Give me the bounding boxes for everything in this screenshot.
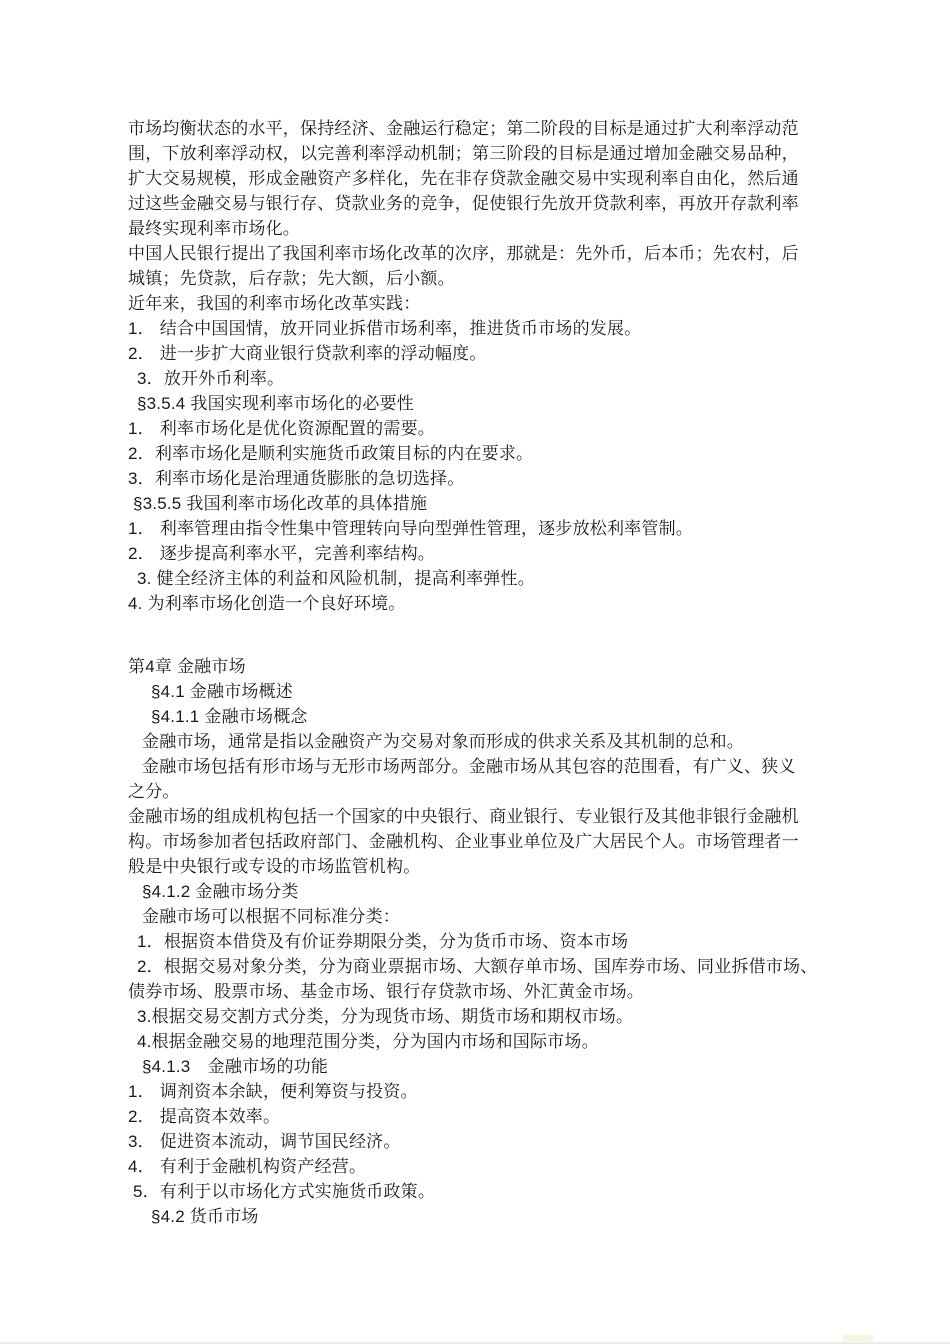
watermark-artifact: [843, 1335, 873, 1341]
paragraph-line: 中国人民银行提出了我国利率市场化改革的次序，那就是：先外币，后本币；先农村，后: [128, 241, 832, 266]
list-item-line: 2． 逐步提高利率水平，完善利率结构。: [128, 541, 832, 566]
blank-line-spacer: [128, 616, 832, 654]
paragraph-line: 金融市场的组成机构包括一个国家的中央银行、商业银行、专业银行及其他非银行金融机: [128, 804, 832, 829]
section-heading-line: §3.5.4 我国实现利率市场化的必要性: [137, 391, 832, 416]
paragraph-line: 围，下放利率浮动权，以完善利率浮动机制；第三阶段的目标是通过增加金融交易品种，: [128, 141, 832, 166]
list-item-line: 1．根据资本借贷及有价证券期限分类，分为货币市场、资本市场: [137, 929, 832, 954]
paragraph-line: 近年来，我国的利率市场化改革实践：: [128, 291, 832, 316]
paragraph-line: 金融市场，通常是指以金融资产为交易对象而形成的供求关系及其机制的总和。: [142, 729, 832, 754]
list-item-line: 5．有利于以市场化方式实施货币政策。: [133, 1179, 832, 1204]
list-item-line: 2． 进一步扩大商业银行贷款利率的浮动幅度。: [128, 341, 832, 366]
list-item-line: 2．利率市场化是顺利实施货币政策目标的内在要求。: [128, 441, 832, 466]
list-item-line: 2． 提高资本效率。: [128, 1104, 832, 1129]
document-page: 市场均衡状态的水平，保持经济、金融运行稳定；第二阶段的目标是通过扩大利率浮动范围…: [0, 0, 950, 1344]
list-item-line: 1． 结合中国国情，放开同业拆借市场利率，推进货币市场的发展。: [128, 316, 832, 341]
list-item-line: 3.根据交易交割方式分类，分为现货市场、期货市场和期权市场。: [137, 1004, 832, 1029]
list-item-line: 3． 促进资本流动，调节国民经济。: [128, 1129, 832, 1154]
list-item-line: 3. 健全经济主体的利益和风险机制，提高利率弹性。: [137, 566, 832, 591]
page: { "page": { "colors": { "background": "#…: [0, 0, 950, 1344]
section-heading-line: §4.1.1 金融市场概念: [151, 704, 832, 729]
list-item-line: 4. 为利率市场化创造一个良好环境。: [128, 591, 832, 616]
list-item-line: 3．利率市场化是治理通货膨胀的急切选择。: [128, 466, 832, 491]
paragraph-line: 般是中央银行或专设的市场监管机构。: [128, 854, 832, 879]
list-item-line: 1． 调剂资本余缺，便利筹资与投资。: [128, 1079, 832, 1104]
list-item-line: 1． 利率管理由指令性集中管理转向导向型弹性管理，逐步放松利率管制。: [128, 516, 832, 541]
list-item-line: 4.根据金融交易的地理范围分类，分为国内市场和国际市场。: [137, 1029, 832, 1054]
paragraph-line: 城镇；先贷款，后存款；先大额，后小额。: [128, 266, 832, 291]
list-item-line: 1． 利率市场化是优化资源配置的需要。: [128, 416, 832, 441]
paragraph-line: 之分。: [128, 779, 832, 804]
section-heading-line: §4.1.3 金融市场的功能: [142, 1054, 832, 1079]
section-heading-line: §3.5.5 我国利率市场化改革的具体措施: [133, 491, 832, 516]
paragraph-line: 构。市场参加者包括政府部门、金融机构、企业事业单位及广大居民个人。市场管理者一: [128, 829, 832, 854]
paragraph-line: 债券市场、股票市场、基金市场、银行存贷款市场、外汇黄金市场。: [128, 979, 832, 1004]
paragraph-line: 过这些金融交易与银行存、贷款业务的竞争，促使银行先放开贷款利率，再放开存款利率: [128, 191, 832, 216]
section-heading-line: §4.1 金融市场概述: [151, 679, 832, 704]
chapter-heading-line: 第4章 金融市场: [128, 654, 832, 679]
list-item-line: 4． 有利于金融机构资产经营。: [128, 1154, 832, 1179]
document-body: 市场均衡状态的水平，保持经济、金融运行稳定；第二阶段的目标是通过扩大利率浮动范围…: [128, 116, 832, 1229]
paragraph-line: 金融市场可以根据不同标准分类：: [142, 904, 832, 929]
list-item-line: 2．根据交易对象分类，分为商业票据市场、大额存单市场、国库券市场、同业拆借市场、: [137, 954, 832, 979]
section-heading-line: §4.2 货币市场: [151, 1204, 832, 1229]
section-heading-line: §4.1.2 金融市场分类: [142, 879, 832, 904]
paragraph-line: 市场均衡状态的水平，保持经济、金融运行稳定；第二阶段的目标是通过扩大利率浮动范: [128, 116, 832, 141]
paragraph-line: 金融市场包括有形市场与无形市场两部分。金融市场从其包容的范围看，有广义、狭义: [142, 754, 832, 779]
paragraph-line: 最终实现利率市场化。: [128, 216, 832, 241]
paragraph-line: 扩大交易规模，形成金融资产多样化，先在非存贷款金融交易中实现利率自由化，然后通: [128, 166, 832, 191]
list-item-line: 3．放开外币利率。: [137, 366, 832, 391]
